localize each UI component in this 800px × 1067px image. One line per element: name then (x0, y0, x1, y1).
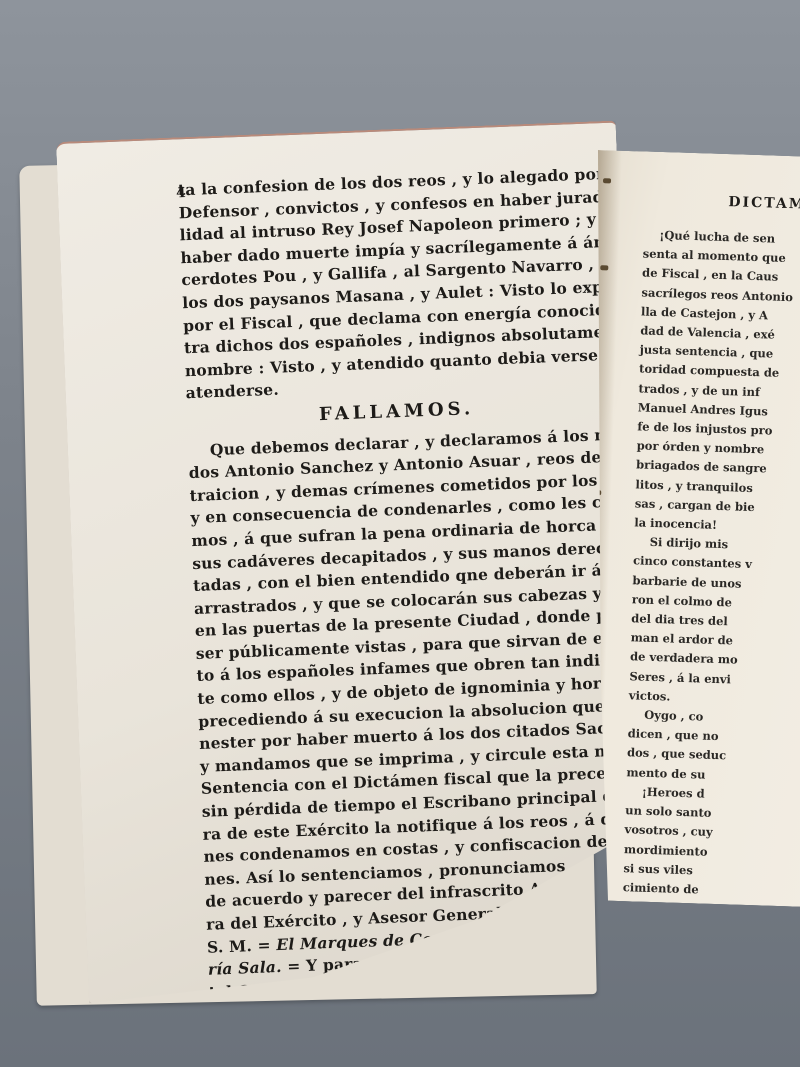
stitch-hole (603, 178, 611, 183)
right-page-heading: DICTAM (728, 194, 800, 212)
left-page: 4 ta la confesion de los dos reos , y lo… (56, 121, 649, 1004)
text-run: S. M. = (207, 935, 277, 957)
signatory-name: ría Sala. (208, 957, 283, 979)
right-page-text: ¡Qué lucha de sen senta al momento que d… (622, 225, 800, 923)
photo-scene: 4 ta la confesion de los dos reos , y lo… (0, 0, 800, 1067)
stitch-hole (600, 265, 608, 270)
text-line: el agravio p (622, 897, 800, 923)
preamble-paragraph: ta la confesion de los dos reos , y lo a… (178, 163, 606, 405)
right-page: DICTAM ¡Qué lucha de sen senta al moment… (574, 150, 800, 907)
